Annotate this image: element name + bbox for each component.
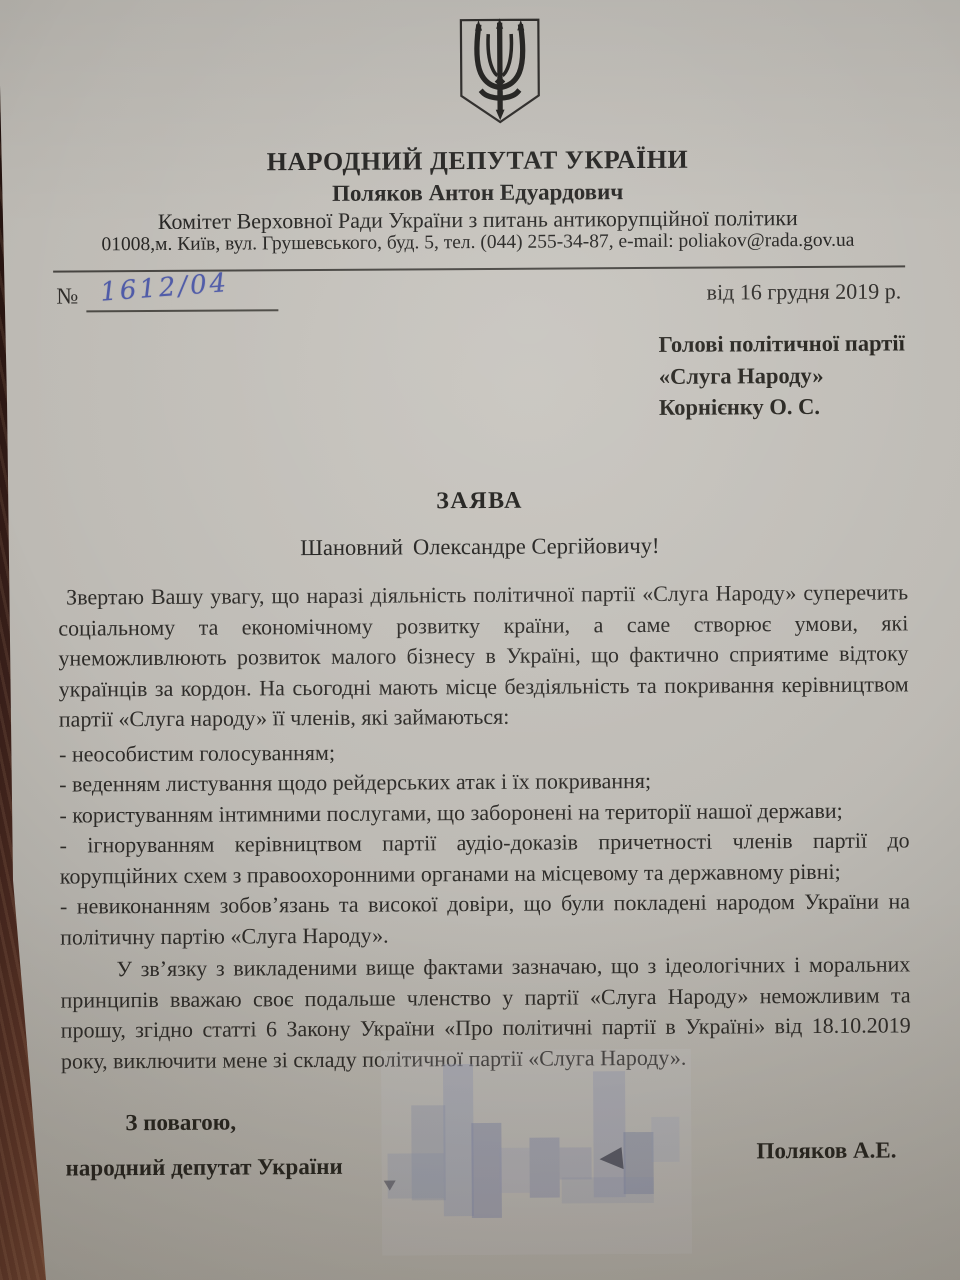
signer-name: Поляков А.Е.: [756, 1137, 896, 1164]
letterhead-deputy-name: Поляков Антон Едуардович: [28, 177, 928, 208]
signature-blurred: [381, 1049, 692, 1256]
salutation-rest: Олександре Сергійовичу!: [413, 533, 660, 560]
salutation: ШановнийОлександре Сергійовичу!: [30, 531, 930, 562]
body-paragraph: Звертаю Вашу увагу, що наразі діяльність…: [58, 577, 909, 735]
letter-body: Звертаю Вашу увагу, що наразі діяльність…: [58, 577, 911, 1076]
reference-date: від 16 грудня 2019 р.: [707, 278, 902, 305]
body-bullet: - невиконанням зобов’язань та високої до…: [60, 886, 910, 952]
letter-page: НАРОДНИЙ ДЕПУТАТ УКРАЇНИ Поляков Антон Е…: [0, 0, 960, 1280]
recipient-line: Корнієнку О. С.: [659, 390, 905, 423]
recipient-block: Голові політичної партії «Слуга Народу» …: [658, 327, 905, 423]
document-title: ЗАЯВА: [29, 485, 929, 517]
photographed-letter: { "document": { "header": { "emblem": "u…: [0, 0, 960, 1280]
salutation-word: Шановний: [300, 534, 403, 560]
body-bullet: - ігноруванням керівництвом партії аудіо…: [60, 825, 910, 891]
closing-regards: З повагою,: [125, 1110, 236, 1137]
recipient-line: «Слуга Народу»: [659, 359, 905, 392]
reference-number-label: №: [56, 283, 78, 309]
letterhead-title: НАРОДНИЙ ДЕПУТАТ УКРАЇНИ: [27, 143, 927, 178]
ukraine-trident-emblem: [456, 15, 545, 130]
letterhead-contact-line: 01008,м. Київ, вул. Грушевського, буд. 5…: [28, 229, 928, 256]
closing-position: народний депутат України: [66, 1154, 343, 1182]
recipient-line: Голові політичної партії: [658, 327, 904, 360]
